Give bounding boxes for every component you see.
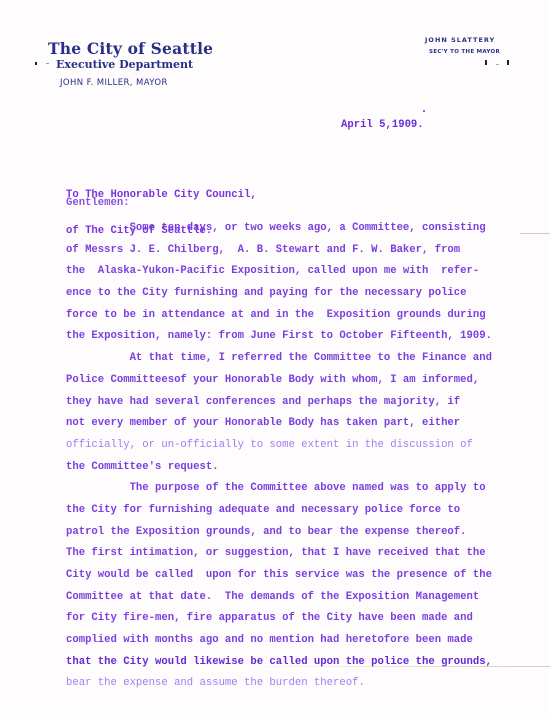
margin-mark: [485, 60, 487, 65]
body-line: The first intimation, or suggestion, tha…: [66, 543, 492, 565]
body-line: patrol the Exposition grounds, and to be…: [66, 522, 492, 544]
letter-date: April 5,1909.: [341, 119, 424, 131]
body-line: the City for furnishing adequate and nec…: [66, 500, 492, 522]
body-line: force to be in attendance at and in the …: [66, 305, 492, 327]
letter-page: The City of Seattle Executive Department…: [0, 0, 550, 719]
salutation: Gentlemen:: [66, 197, 130, 209]
body-line: officially, or un-officially to some ext…: [66, 435, 492, 457]
margin-mark: [35, 62, 37, 65]
body-line: At that time, I referred the Committee t…: [66, 348, 492, 370]
department-title: Executive Department: [56, 57, 220, 73]
body-line: for City fire-men, fire apparatus of the…: [66, 608, 492, 630]
city-title: The City of Seattle: [48, 40, 220, 58]
body-line: Some ten days, or two weeks ago, a Commi…: [66, 218, 492, 240]
body-line: the Alaska-Yukon-Pacific Exposition, cal…: [66, 261, 492, 283]
margin-mark: [507, 60, 509, 65]
body-line: of Messrs J. E. Chilberg, A. B. Stewart …: [66, 240, 492, 262]
body-line: the Exposition, namely: from June First …: [66, 326, 492, 348]
body-line: Police Committeesof your Honorable Body …: [66, 370, 492, 392]
body-line: they have had several conferences and pe…: [66, 392, 492, 414]
body-line: that the City would likewise be called u…: [66, 652, 492, 674]
paper-fold: [230, 666, 550, 667]
paper-edge-mark: [520, 233, 550, 234]
letter-body: Some ten days, or two weeks ago, a Commi…: [66, 218, 492, 695]
body-line: Committee at that date. The demands of t…: [66, 587, 492, 609]
secretary-name: JOHN SLATTERY: [425, 36, 525, 44]
body-line: bear the expense and assume the burden t…: [66, 673, 492, 695]
margin-mark: [496, 64, 499, 65]
body-line: City would be called upon for this servi…: [66, 565, 492, 587]
body-line: the Committee's request.: [66, 457, 492, 479]
mayor-name: JOHN F. MILLER, MAYOR: [60, 78, 220, 88]
body-line: not every member of your Honorable Body …: [66, 413, 492, 435]
body-line: ence to the City furnishing and paying f…: [66, 283, 492, 305]
secretary-block: JOHN SLATTERY SEC'Y TO THE MAYOR: [425, 36, 525, 55]
secretary-title: SEC'Y TO THE MAYOR: [429, 49, 525, 55]
body-line: The purpose of the Committee above named…: [66, 478, 492, 500]
body-line: complied with months ago and no mention …: [66, 630, 492, 652]
margin-mark: [46, 63, 49, 64]
letterhead: The City of Seattle Executive Department…: [40, 40, 220, 88]
ink-dot: [423, 110, 425, 112]
